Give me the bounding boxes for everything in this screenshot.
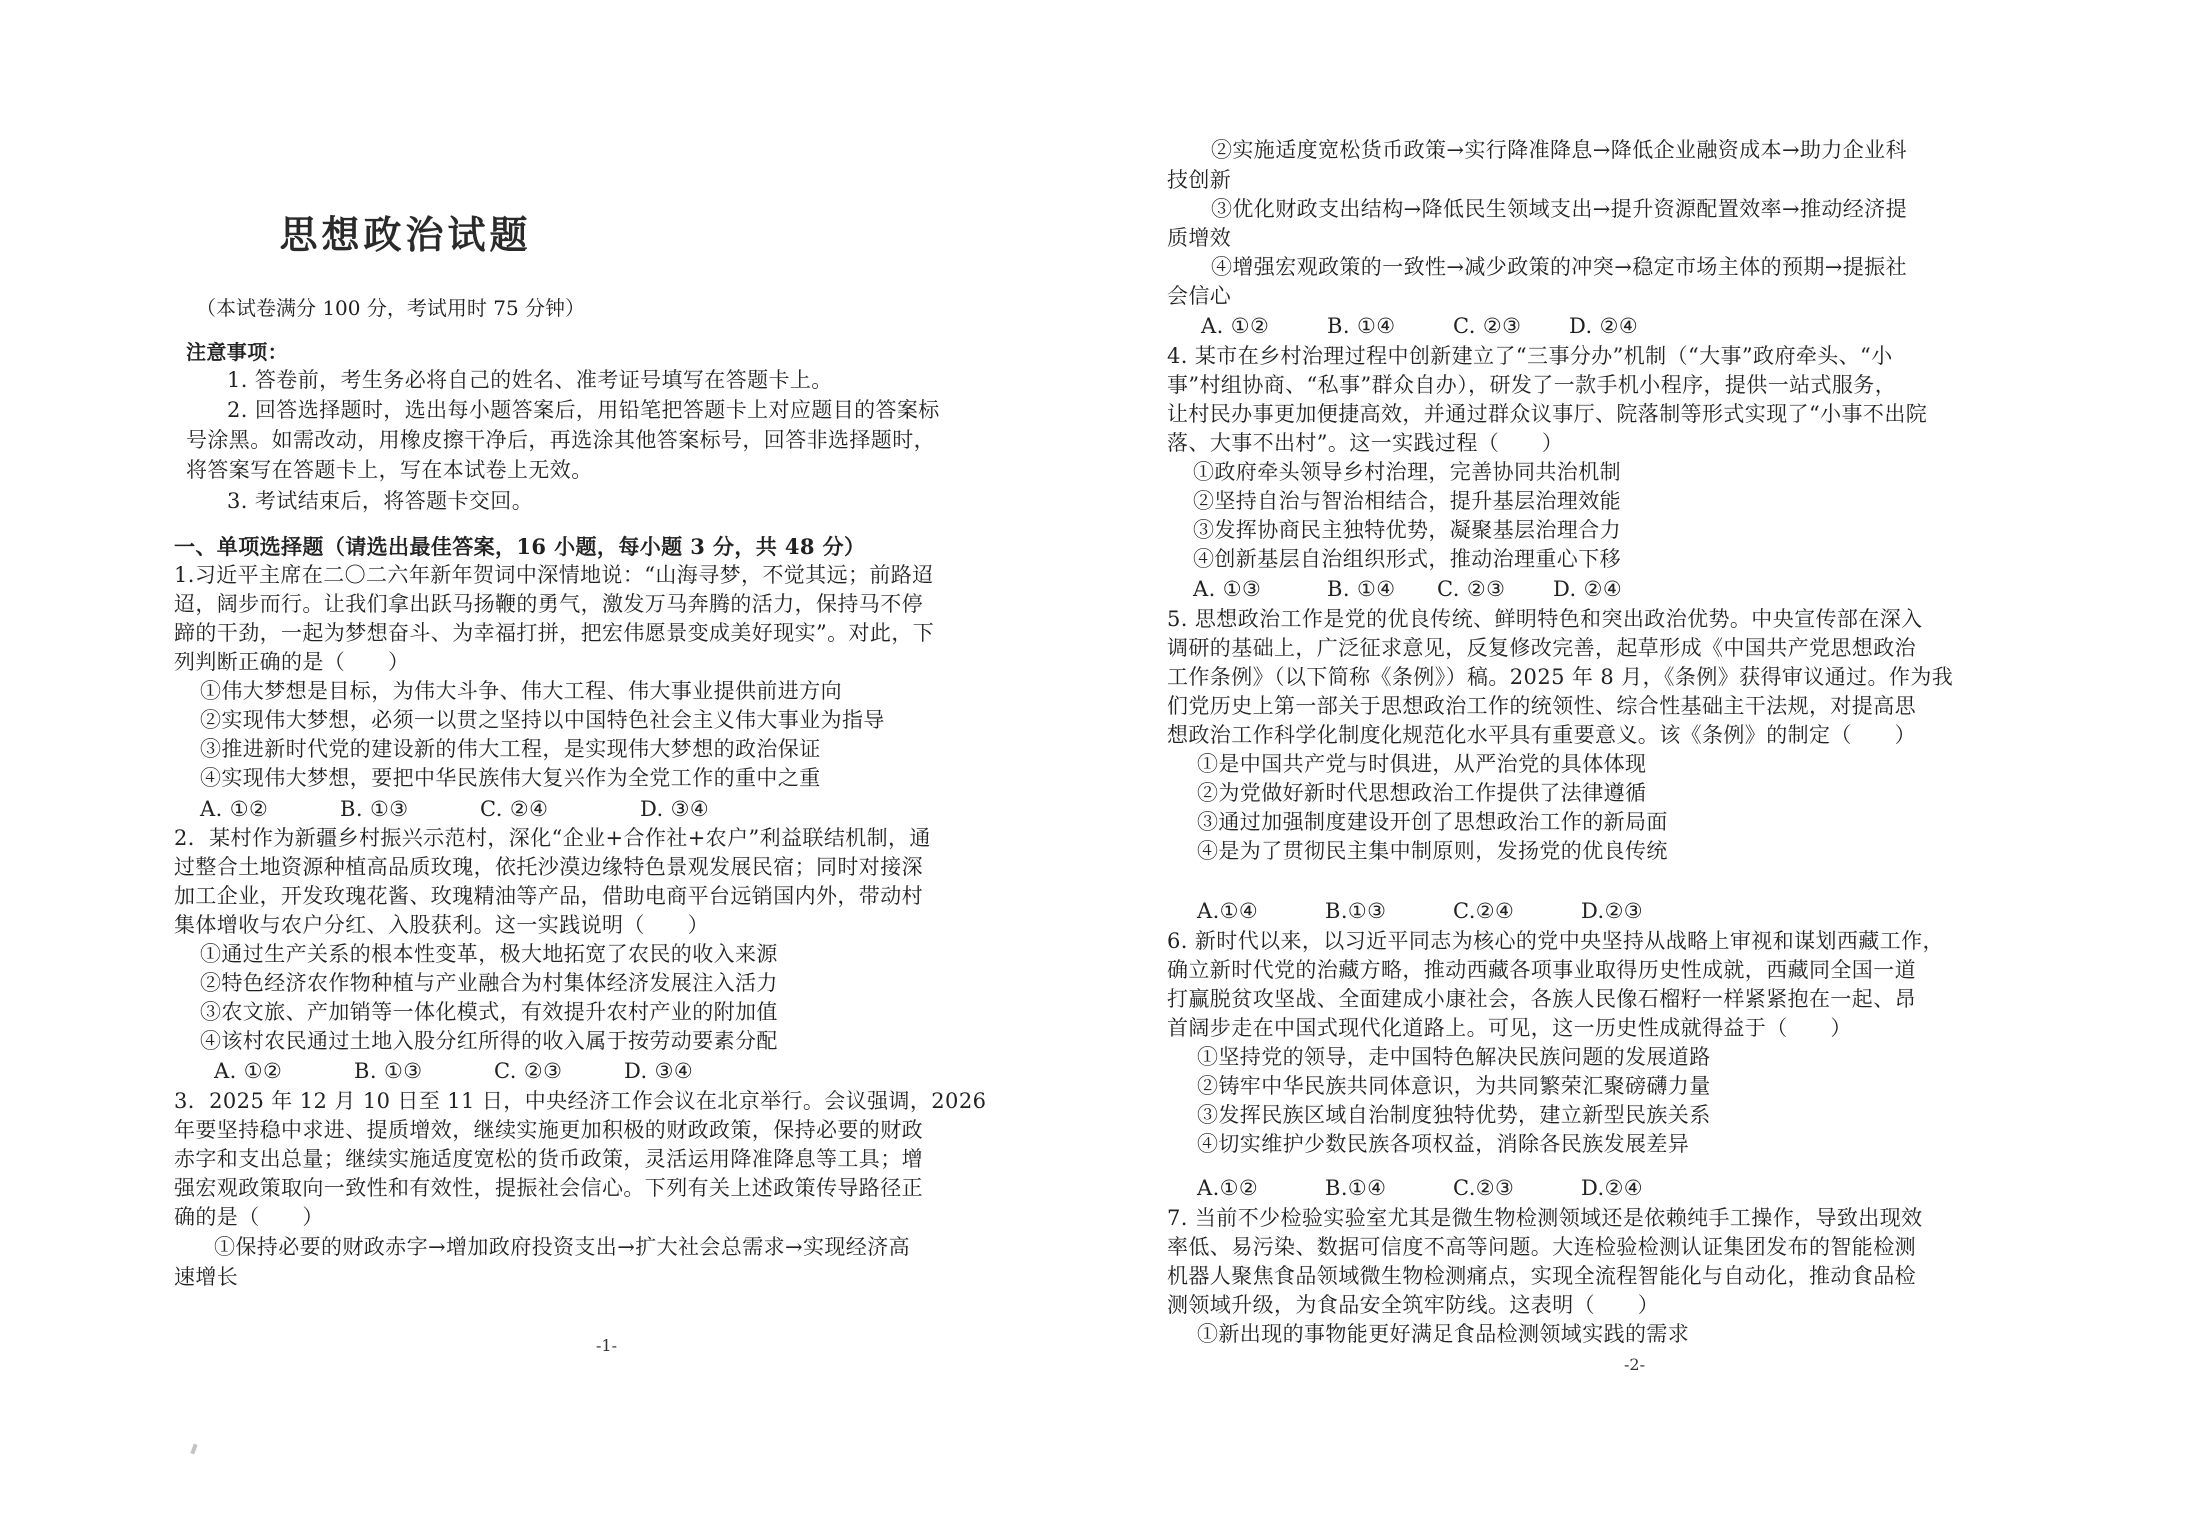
question-5-statement: ①是中国共产党与时俱进，从严治党的具体体现 [1197,750,1646,778]
option-b[interactable]: B. ①④ [1327,312,1453,340]
notice-line: 2. 回答选择题时，选出每小题答案后，用铅笔把答题卡上对应题目的答案标 [227,396,940,424]
option-d[interactable]: D. ③④ [624,1057,693,1085]
question-1-stem: 1.习近平主席在二〇二六年新年贺词中深情地说：“山海寻梦，不觉其远；前路迢 [174,561,934,589]
question-3-statement: ①保持必要的财政赤字→增加政府投资支出→扩大社会总需求→实现经济高 [214,1233,910,1261]
question-7-statement: ①新出现的事物能更好满足食品检测领域实践的需求 [1197,1320,1689,1348]
question-7-stem: 率低、易污染、数据可信度不高等问题。大连检验检测认证集团发布的智能检测 [1167,1233,1916,1261]
option-a[interactable]: A.①② [1197,1174,1325,1202]
page-number: -1- [596,1336,617,1355]
page-number: -2- [1624,1355,1645,1374]
question-2-options: A. ①②B. ①③C. ②③D. ③④ [214,1057,693,1085]
option-b[interactable]: B. ①④ [1327,575,1437,603]
option-d[interactable]: D. ③④ [640,795,709,823]
question-1-stem: 迢，阔步而行。让我们拿出跃马扬鞭的勇气，激发万马奔腾的活力，保持马不停 [174,590,923,618]
notice-line: 将答案写在答题卡上，写在本试卷上无效。 [186,456,593,484]
option-c[interactable]: C. ②③ [1453,312,1569,340]
question-6-stem: 打赢脱贫攻坚战、全面建成小康社会，各族人民像石榴籽一样紧紧抱在一起、昂 [1167,985,1916,1013]
question-2-statement: ④该村农民通过土地入股分红所得的收入属于按劳动要素分配 [200,1027,778,1055]
option-b[interactable]: B. ①③ [354,1057,494,1085]
option-c[interactable]: C. ②④ [480,795,640,823]
question-2-statement: ③农文旅、产加销等一体化模式，有效提升农村产业的附加值 [200,998,778,1026]
question-3-stem: 确的是（ ） [174,1203,324,1231]
question-2-stem: 集体增收与农户分红、入股获利。这一实践说明（ ） [174,911,709,939]
question-5-stem: 工作条例》（以下简称《条例》）稿。2025 年 8 月，《条例》获得审议通过。作… [1167,663,1953,691]
option-c[interactable]: C.②④ [1453,897,1581,925]
question-4-stem: 4. 某市在乡村治理过程中创新建立了“三事分办”机制（“大事”政府牵头、“小 [1167,342,1893,370]
question-4-stem: 落、大事不出村”。这一实践过程（ ） [1167,429,1563,457]
question-4-statement: ①政府牵头领导乡村治理，完善协同共治机制 [1193,458,1621,486]
question-4-statement: ②坚持自治与智治相结合，提升基层治理效能 [1193,487,1621,515]
option-d[interactable]: D. ②④ [1569,312,1638,340]
option-b[interactable]: B.①④ [1325,1174,1453,1202]
question-5-statement: ④是为了贯彻民主集中制原则，发扬党的优良传统 [1197,837,1668,865]
question-4-stem: 事”村组协商、“私事”群众自办），研发了一款手机小程序，提供一站式服务， [1167,371,1896,399]
question-3-statement: ③优化财政支出结构→降低民生领域支出→提升资源配置效率→推动经济提 [1211,195,1907,223]
notice-line: 号涂黑。如需改动，用橡皮擦干净后，再选涂其他答案标号，回答非选择题时， [186,426,935,454]
question-1-options: A. ①②B. ①③C. ②④D. ③④ [200,795,709,823]
question-3-stem: 赤字和支出总量；继续实施适度宽松的货币政策，灵活运用降准降息等工具；增 [174,1145,923,1173]
question-2-stem: 加工企业，开发玫瑰花酱、玫瑰精油等产品，借助电商平台远销国内外，带动村 [174,882,923,910]
question-3-statement: ②实施适度宽松货币政策→实行降准降息→降低企业融资成本→助力企业科 [1211,136,1907,164]
option-a[interactable]: A. ①② [1201,312,1327,340]
question-3-statement: 速增长 [174,1263,238,1291]
question-3-stem: 年要坚持稳中求进、提质增效，继续实施更加积极的财政政策，保持必要的财政 [174,1116,923,1144]
question-6-statement: ④切实维护少数民族各项权益，消除各民族发展差异 [1197,1130,1689,1158]
notice-heading: 注意事项： [186,338,288,366]
question-1-stem: 蹄的干劲，一起为梦想奋斗、为幸福打拼，把宏伟愿景变成美好现实”。对此，下 [174,619,934,647]
question-4-statement: ③发挥协商民主独特优势，凝聚基层治理合力 [1193,516,1621,544]
question-6-statement: ①坚持党的领导，走中国特色解决民族问题的发展道路 [1197,1043,1711,1071]
question-5-options: A.①④B.①③C.②④D.②③ [1197,897,1643,925]
question-6-statement: ③发挥民族区域自治制度独特优势，建立新型民族关系 [1197,1101,1711,1129]
question-6-statement: ②铸牢中华民族共同体意识，为共同繁荣汇聚磅礴力量 [1197,1072,1711,1100]
question-7-stem: 机器人聚焦食品领域微生物检测痛点，实现全流程智能化与自动化，推动食品检 [1167,1262,1916,1290]
option-a[interactable]: A. ①③ [1193,575,1327,603]
question-3-stem: 3．2025 年 12 月 10 日至 11 日，中央经济工作会议在北京举行。会… [174,1087,986,1115]
exam-page-1: 思想政治试题 （本试卷满分 100 分，考试用时 75 分钟） 注意事项： 1.… [0,0,1101,1525]
question-3-statement: 质增效 [1167,224,1231,252]
option-d[interactable]: D. ②④ [1553,575,1622,603]
question-1-statement: ②实现伟大梦想，必须一以贯之坚持以中国特色社会主义伟大事业为指导 [200,706,885,734]
question-4-options: A. ①③B. ①④C. ②③D. ②④ [1193,575,1622,603]
notice-line: 3. 考试结束后，将答题卡交回。 [227,487,533,515]
question-5-statement: ③通过加强制度建设开创了思想政治工作的新局面 [1197,808,1668,836]
option-c[interactable]: C. ②③ [494,1057,624,1085]
option-b[interactable]: B. ①③ [340,795,480,823]
option-a[interactable]: A. ①② [200,795,340,823]
option-d[interactable]: D.②③ [1581,897,1643,925]
question-5-stem: 调研的基础上，广泛征求意见，反复修改完善，起草形成《中国共产党思想政治 [1167,634,1916,662]
option-c[interactable]: C. ②③ [1437,575,1553,603]
question-2-statement: ①通过生产关系的根本性变革，极大地拓宽了农民的收入来源 [200,940,778,968]
option-c[interactable]: C.②③ [1453,1174,1581,1202]
question-1-statement: ④实现伟大梦想，要把中华民族伟大复兴作为全党工作的重中之重 [200,764,821,792]
question-1-statement: ①伟大梦想是目标，为伟大斗争、伟大工程、伟大事业提供前进方向 [200,677,842,705]
question-4-stem: 让村民办事更加便捷高效，并通过群众议事厅、院落制等形式实现了“小事不出院 [1167,400,1927,428]
question-5-stem: 想政治工作科学化制度化规范化水平具有重要意义。该《条例》的制定（ ） [1167,721,1916,749]
question-1-statement: ③推进新时代党的建设新的伟大工程，是实现伟大梦想的政治保证 [200,735,821,763]
option-a[interactable]: A.①④ [1197,897,1325,925]
question-6-stem: 6. 新时代以来，以习近平同志为核心的党中央坚持从战略上审视和谋划西藏工作， [1167,927,1944,955]
option-b[interactable]: B.①③ [1325,897,1453,925]
question-2-stem: 过整合土地资源种植高品质玫瑰，依托沙漠边缘特色景观发展民宿；同时对接深 [174,853,923,881]
question-6-options: A.①②B.①④C.②③D.②④ [1197,1174,1643,1202]
exam-page-2: ②实施适度宽松货币政策→实行降准降息→降低企业融资成本→助力企业科 技创新 ③优… [1101,0,2202,1525]
question-5-statement: ②为党做好新时代思想政治工作提供了法律遵循 [1197,779,1646,807]
question-2-stem: 2．某村作为新疆乡村振兴示范村，深化“企业+合作社+农户”利益联结机制，通 [174,824,931,852]
question-3-stem: 强宏观政策取向一致性和有效性，提振社会信心。下列有关上述政策传导路径正 [174,1174,923,1202]
question-3-statement: 技创新 [1167,166,1231,194]
question-7-stem: 测领域升级，为食品安全筑牢防线。这表明（ ） [1167,1291,1659,1319]
question-2-statement: ②特色经济农作物种植与产业融合为村集体经济发展注入活力 [200,969,778,997]
option-d[interactable]: D.②④ [1581,1174,1643,1202]
question-6-stem: 确立新时代党的治藏方略，推动西藏各项事业取得历史性成就，西藏同全国一道 [1167,956,1916,984]
question-7-stem: 7. 当前不少检验实验室尤其是微生物检测领域还是依赖纯手工操作，导致出现效 [1167,1204,1923,1232]
question-4-statement: ④创新基层自治组织形式，推动治理重心下移 [1193,545,1621,573]
question-5-stem: 5. 思想政治工作是党的优良传统、鲜明特色和突出政治优势。中央宣传部在深入 [1167,605,1923,633]
notice-line: 1. 答卷前，考生务必将自己的姓名、准考证号填写在答题卡上。 [227,366,833,394]
question-3-statement: ④增强宏观政策的一致性→减少政策的冲突→稳定市场主体的预期→提振社 [1211,253,1907,281]
scan-speck [190,1444,197,1455]
exam-title: 思想政治试题 [0,204,956,259]
option-a[interactable]: A. ①② [214,1057,354,1085]
question-6-stem: 首阔步走在中国式现代化道路上。可见，这一历史性成就得益于（ ） [1167,1014,1852,1042]
question-1-stem: 列判断正确的是（ ） [174,648,409,676]
section-heading: 一、单项选择题（请选出最佳答案，16 小题，每小题 3 分，共 48 分） [174,533,865,561]
exam-subtitle: （本试卷满分 100 分，考试用时 75 分钟） [0,292,941,321]
question-3-options: A. ①②B. ①④C. ②③D. ②④ [1201,312,1638,340]
question-5-stem: 们党历史上第一部关于思想政治工作的统领性、综合性基础主干法规，对提高思 [1167,692,1916,720]
question-3-statement: 会信心 [1167,282,1231,310]
